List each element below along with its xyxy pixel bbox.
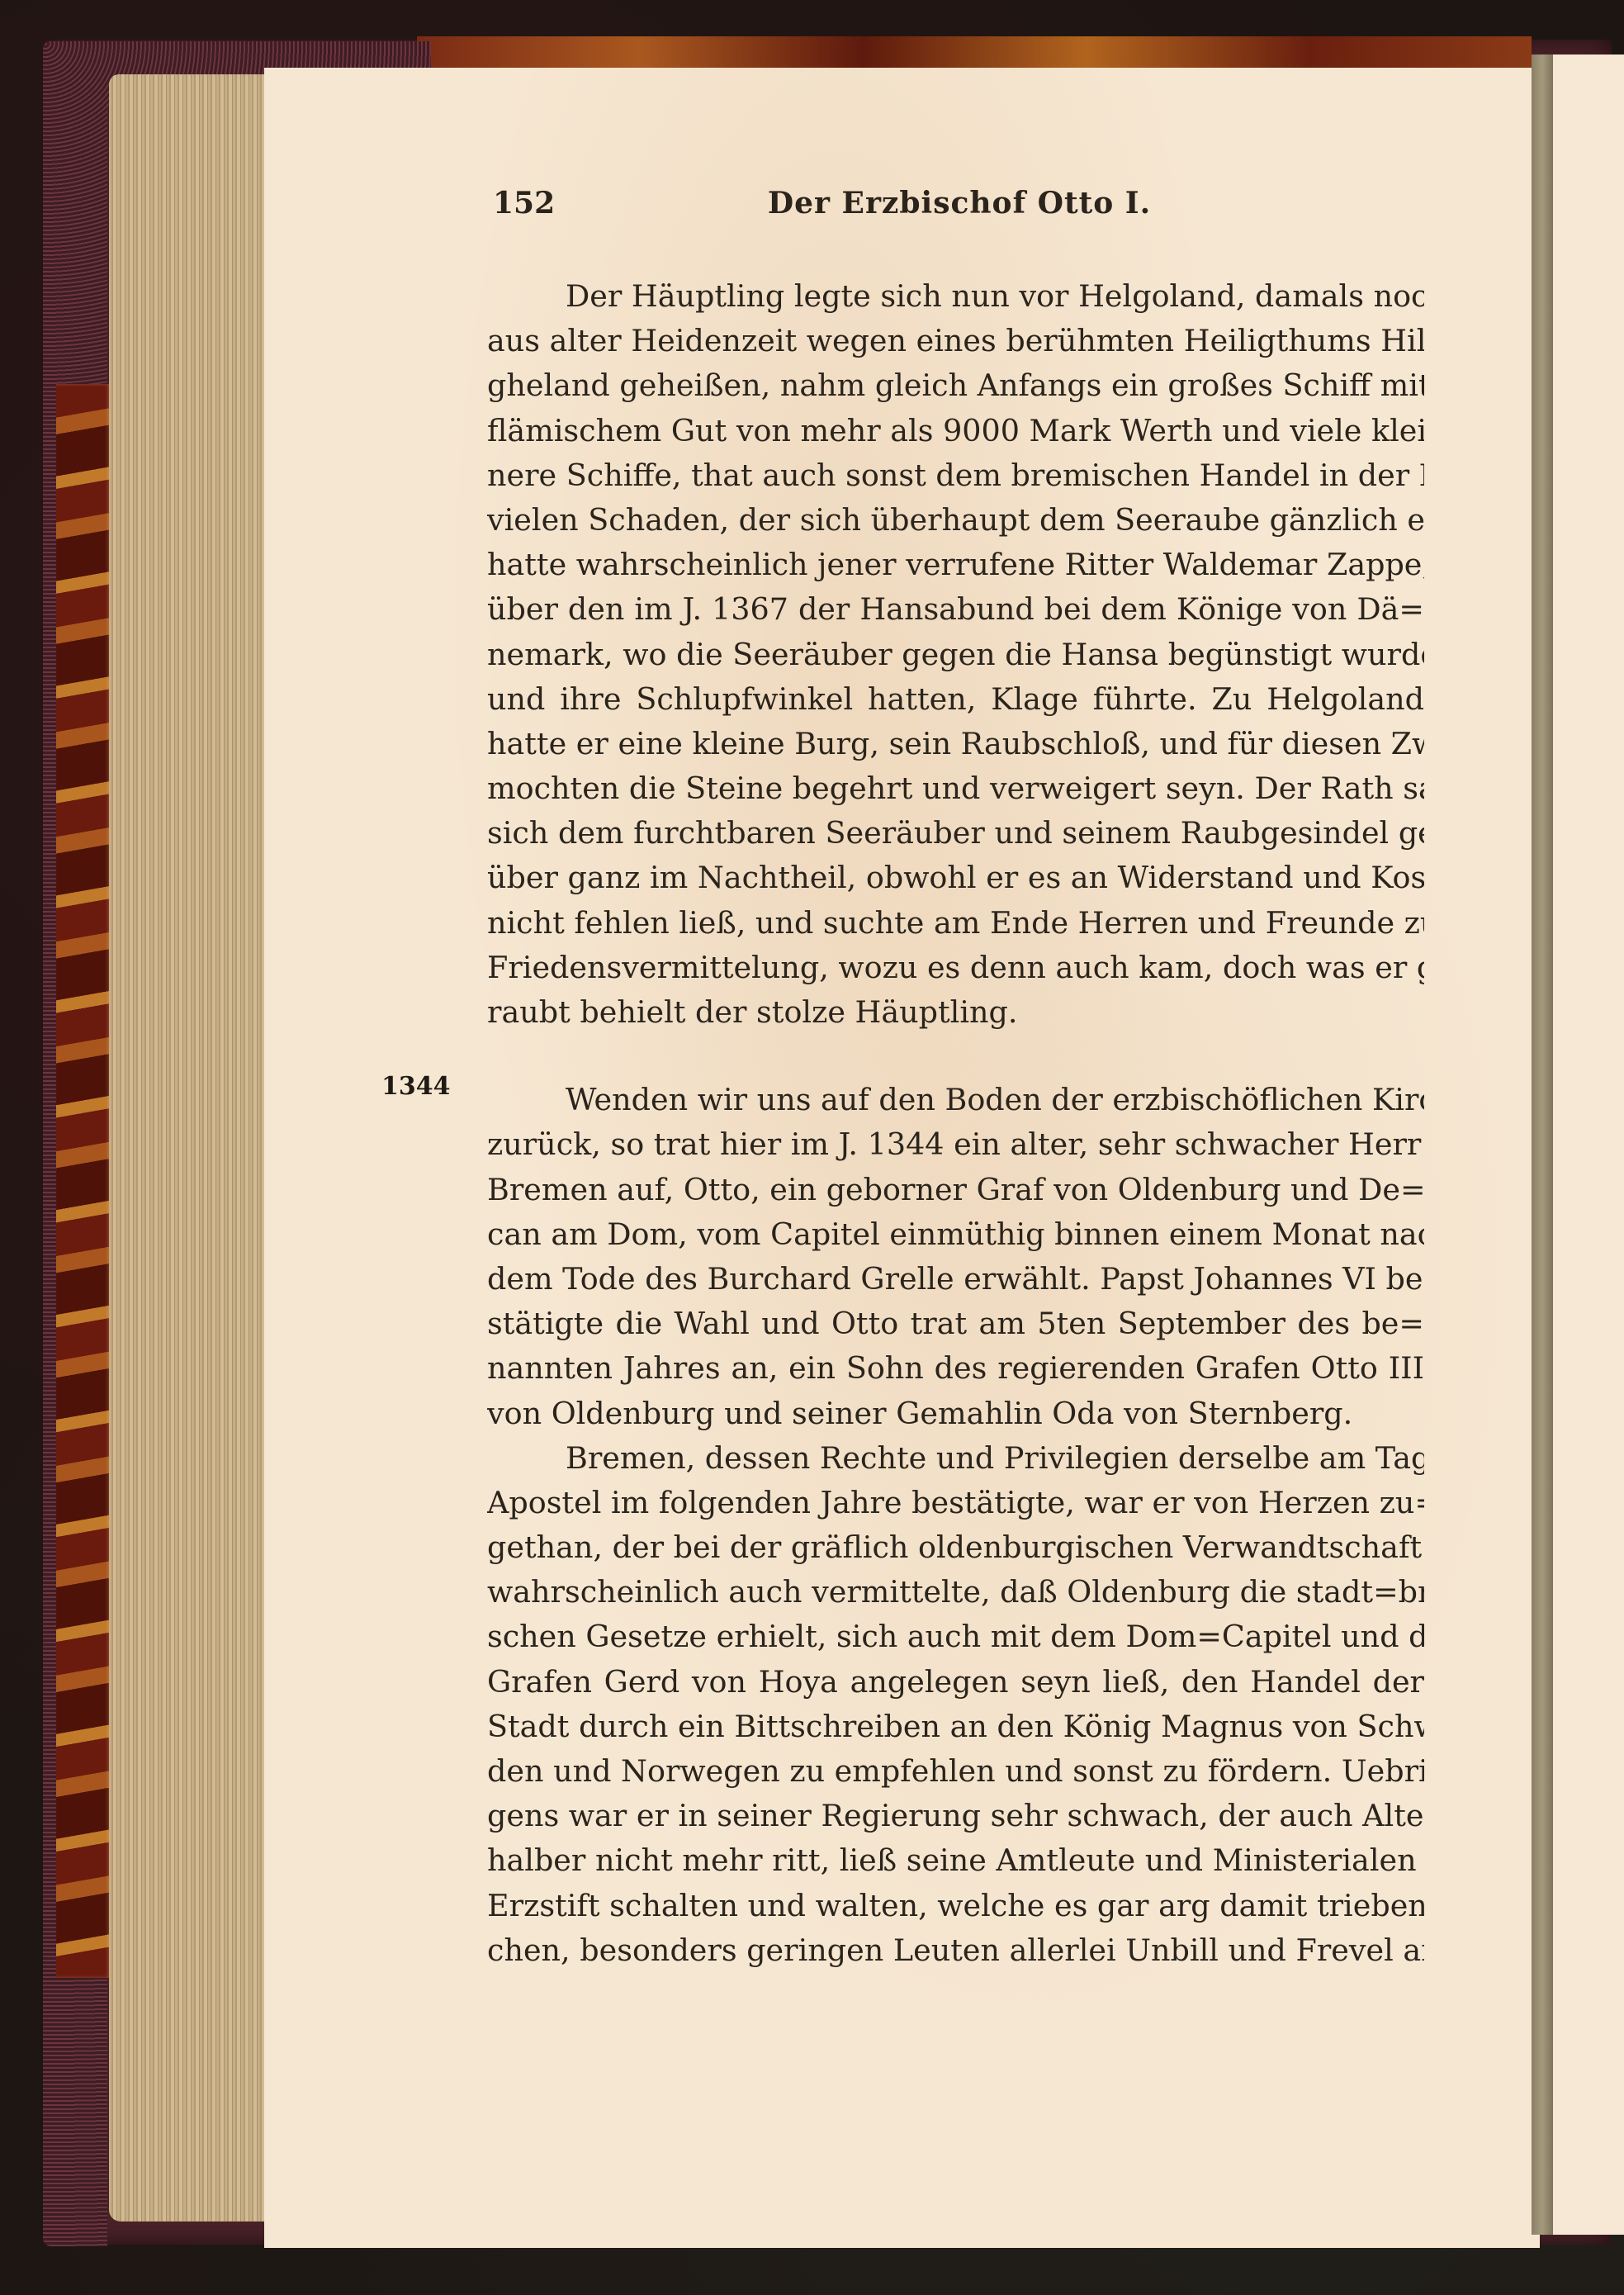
text-line: Bremen, dessen Rechte und Privilegien de… [487, 1436, 1424, 1481]
text-line: schen Gesetze erhielt, sich auch mit dem… [487, 1615, 1424, 1659]
page-gutter [1532, 55, 1553, 2235]
text-line: Apostel im folgenden Jahre bestätigte, w… [487, 1481, 1424, 1525]
text-line: Der Häuptling legte sich nun vor Helgola… [487, 274, 1424, 319]
paragraph-1: Der Häuptling legte sich nun vor Helgola… [487, 274, 1424, 1035]
text-line: nannten Jahres an, ein Sohn des regieren… [487, 1346, 1424, 1391]
text-line: den und Norwegen zu empfehlen und sonst … [487, 1749, 1424, 1794]
text-line: aus alter Heidenzeit wegen eines berühmt… [487, 319, 1424, 363]
text-line: zurück, so trat hier im J. 1344 ein alte… [487, 1122, 1424, 1167]
text-line: halber nicht mehr ritt, ließ seine Amtle… [487, 1838, 1424, 1883]
text-line: wahrscheinlich auch vermittelte, daß Old… [487, 1570, 1424, 1615]
text-line: dem Tode des Burchard Grelle erwählt. Pa… [487, 1257, 1424, 1302]
text-line: mochten die Steine begehrt und verweiger… [487, 766, 1424, 811]
text-line: von Oldenburg und seiner Gemahlin Oda vo… [487, 1392, 1424, 1436]
text-line: vielen Schaden, der sich überhaupt dem S… [487, 498, 1424, 543]
body-text: Der Häuptling legte sich nun vor Helgola… [487, 274, 1424, 1973]
text-line: gens war er in seiner Regierung sehr sch… [487, 1794, 1424, 1838]
text-line: hatte er eine kleine Burg, sein Raubschl… [487, 722, 1424, 766]
paragraph-3: Bremen, dessen Rechte und Privilegien de… [487, 1436, 1424, 1973]
text-line: sich dem furchtbaren Seeräuber und seine… [487, 811, 1424, 856]
text-line: chen, besonders geringen Leuten allerlei… [487, 1928, 1424, 1973]
page-edges-stack [109, 74, 266, 2222]
text-line: nere Schiffe, that auch sonst dem bremis… [487, 453, 1424, 498]
text-line: Grafen Gerd von Hoya angelegen seyn ließ… [487, 1660, 1424, 1705]
paragraph-2: Wenden wir uns auf den Boden der erzbisc… [487, 1078, 1424, 1436]
running-title: Der Erzbischof Otto I. [493, 186, 1426, 220]
text-line: nemark, wo die Seeräuber gegen die Hansa… [487, 633, 1424, 677]
text-line: und ihre Schlupfwinkel hatten, Klage füh… [487, 677, 1424, 722]
text-line: Stadt durch ein Bittschreiben an den Kön… [487, 1705, 1424, 1749]
text-line: Erzstift schalten und walten, welche es … [487, 1884, 1424, 1928]
text-line: can am Dom, vom Capitel einmüthig binnen… [487, 1212, 1424, 1257]
facing-page-sliver [1553, 55, 1624, 2235]
marbled-endpaper-spine [56, 384, 111, 1978]
marbled-endpaper-top [417, 36, 1532, 68]
text-line: raubt behielt der stolze Häuptling. [487, 990, 1424, 1035]
text-line: hatte wahrscheinlich jener verrufene Rit… [487, 543, 1424, 587]
text-line: gethan, der bei der gräflich oldenburgis… [487, 1525, 1424, 1570]
text-line: nicht fehlen ließ, und suchte am Ende He… [487, 901, 1424, 946]
text-line: flämischem Gut von mehr als 9000 Mark We… [487, 409, 1424, 453]
text-line: gheland geheißen, nahm gleich Anfangs ei… [487, 363, 1424, 408]
text-line: stätigte die Wahl und Otto trat am 5ten … [487, 1302, 1424, 1346]
page-header: 152 Der Erzbischof Otto I. [493, 186, 1426, 244]
text-line: Wenden wir uns auf den Boden der erzbisc… [487, 1078, 1424, 1122]
paragraph-spacer [487, 1035, 1424, 1078]
margin-year-note: 1344 [381, 1072, 451, 1101]
text-line: über ganz im Nachtheil, obwohl er es an … [487, 856, 1424, 900]
text-line: Bremen auf, Otto, ein geborner Graf von … [487, 1168, 1424, 1212]
text-line: über den im J. 1367 der Hansabund bei de… [487, 587, 1424, 632]
text-line: Friedensvermittelung, wozu es denn auch … [487, 946, 1424, 990]
